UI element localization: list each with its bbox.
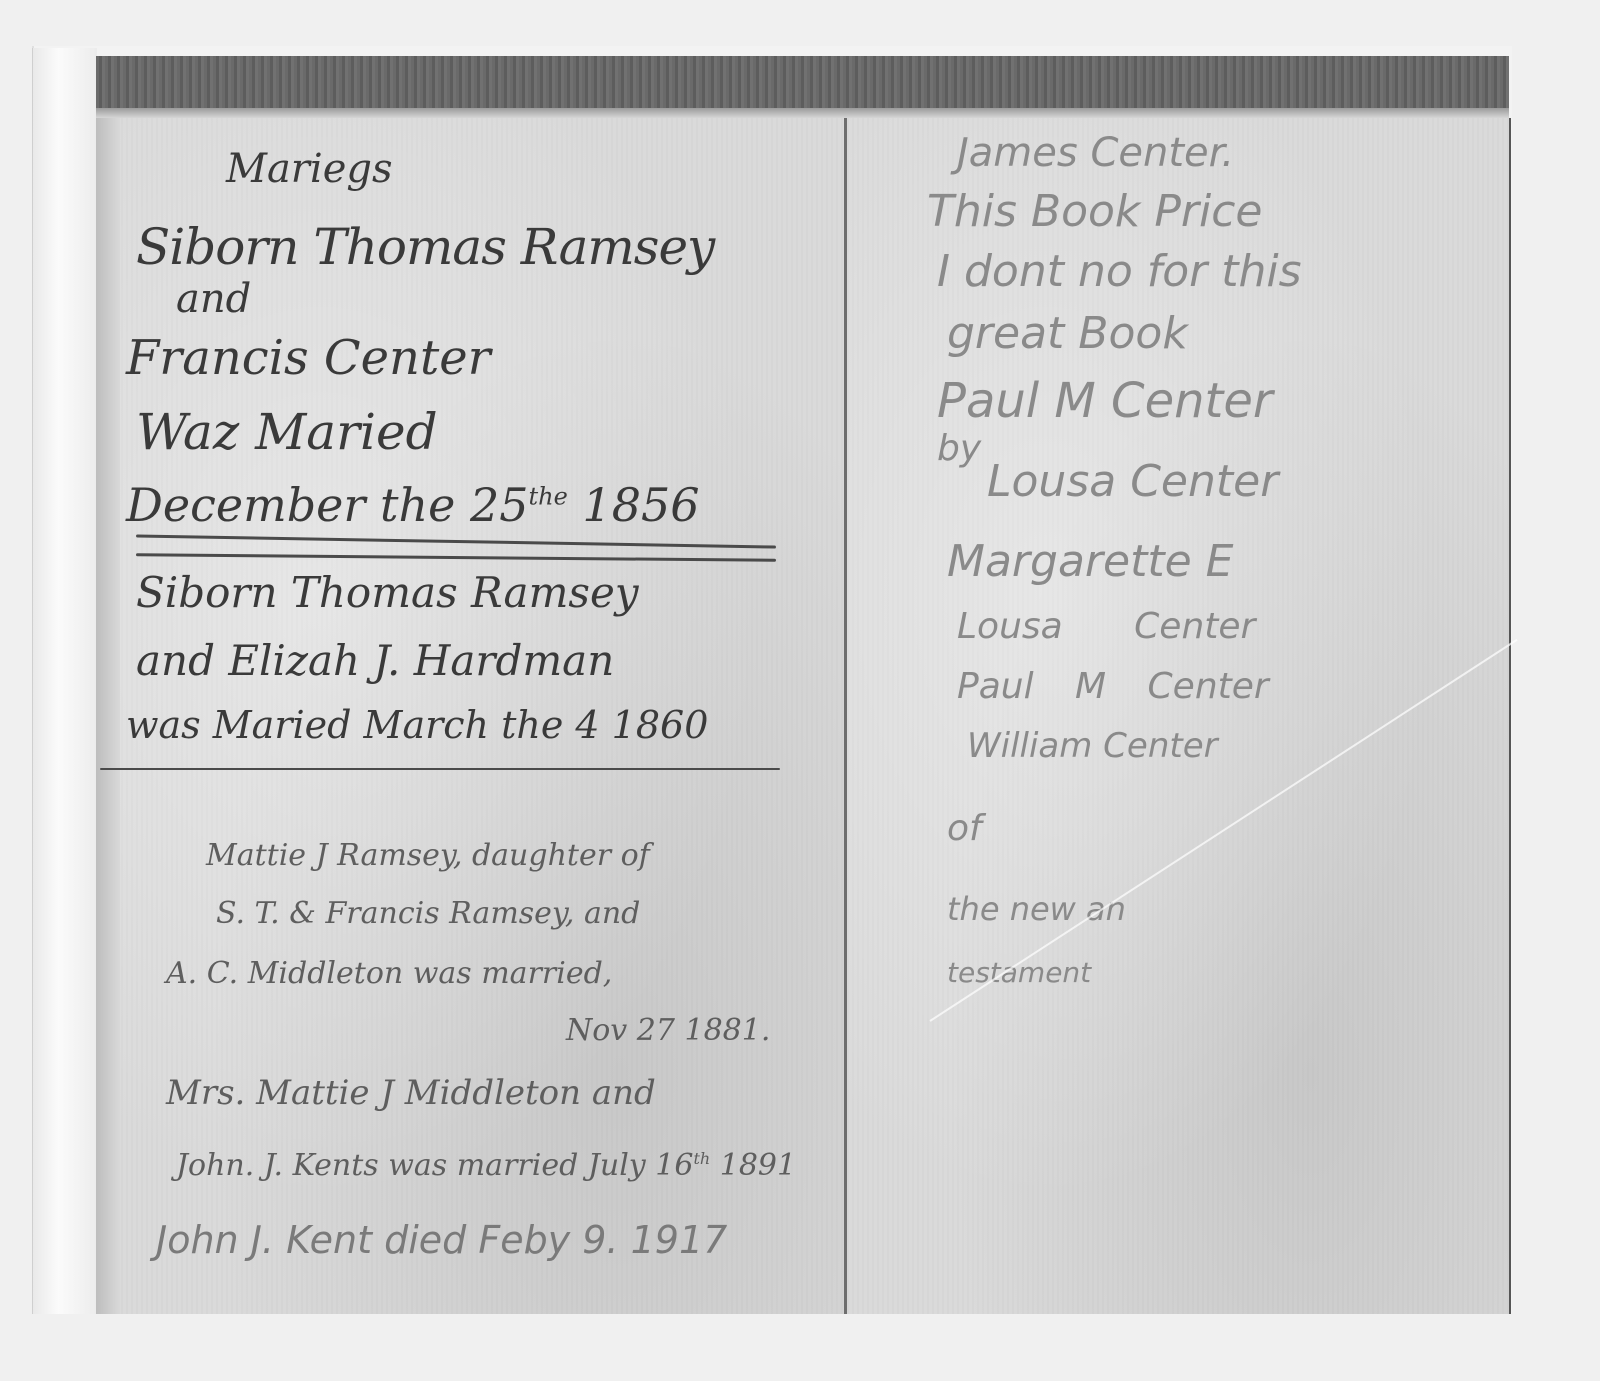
entry4-date-sup: th xyxy=(693,1149,710,1168)
tape-strip xyxy=(32,48,97,1314)
entry4-date: John. J. Kents was married July 16 xyxy=(176,1148,693,1183)
entry1-line3: Francis Center xyxy=(126,330,491,386)
divider-rule-2 xyxy=(100,768,780,770)
right-line-5: Paul M Center xyxy=(937,373,1273,429)
entry1-line2: and xyxy=(176,276,251,322)
entry5-line1: John J. Kent died Feby 9. 1917 xyxy=(156,1218,727,1262)
right-line-10: Paul M Center xyxy=(957,666,1269,707)
left-page: Mariegs Siborn Thomas Ramsey and Francis… xyxy=(96,118,847,1314)
right-line-4: great Book xyxy=(947,308,1188,359)
entry2-line3: was Maried March the 4 1860 xyxy=(126,703,708,747)
entry4-line2: John. J. Kents was married July 16th 189… xyxy=(176,1148,796,1183)
right-line-9: Lousa Center xyxy=(957,606,1255,647)
right-line-3: I dont no for this xyxy=(937,246,1302,297)
entry3-line1: Mattie J Ramsey, daughter of xyxy=(206,838,650,873)
entry1-line5: December the 25the 1856 xyxy=(126,478,700,532)
band-edge xyxy=(96,108,1509,118)
right-line-6: by xyxy=(937,428,981,469)
right-line-8: Margarette E xyxy=(947,536,1233,587)
right-page: James Center. This Book Price I dont no … xyxy=(847,118,1511,1314)
entry1-date: December the 25 xyxy=(126,478,528,532)
entry1-line4: Waz Maried xyxy=(136,403,438,461)
entry4-line1: Mrs. Mattie J Middleton and xyxy=(166,1073,656,1113)
entry1-year: 1856 xyxy=(582,478,699,532)
right-line-2: This Book Price xyxy=(927,186,1263,237)
book-spine-band xyxy=(96,56,1509,114)
divider-rule-1 xyxy=(136,534,776,548)
entry3-line4: Nov 27 1881. xyxy=(566,1013,770,1048)
right-line-11: William Center xyxy=(967,726,1218,766)
entry3-line2: S. T. & Francis Ramsey, and xyxy=(216,896,640,931)
right-line-7: Lousa Center xyxy=(987,456,1278,507)
divider-rule-1b xyxy=(136,553,776,562)
right-line-12: of xyxy=(947,808,982,849)
entry1-line1: Siborn Thomas Ramsey xyxy=(136,218,714,276)
entry2-line2: and Elizah J. Hardman xyxy=(136,636,614,685)
entry3-line3: A. C. Middleton was married, xyxy=(166,956,612,991)
entry2-line1: Siborn Thomas Ramsey xyxy=(136,568,639,617)
heading-marriages: Mariegs xyxy=(226,146,393,192)
right-line-1: James Center. xyxy=(957,130,1234,176)
entry4-year: 1891 xyxy=(720,1148,796,1183)
entry1-date-sup: the xyxy=(528,483,567,511)
